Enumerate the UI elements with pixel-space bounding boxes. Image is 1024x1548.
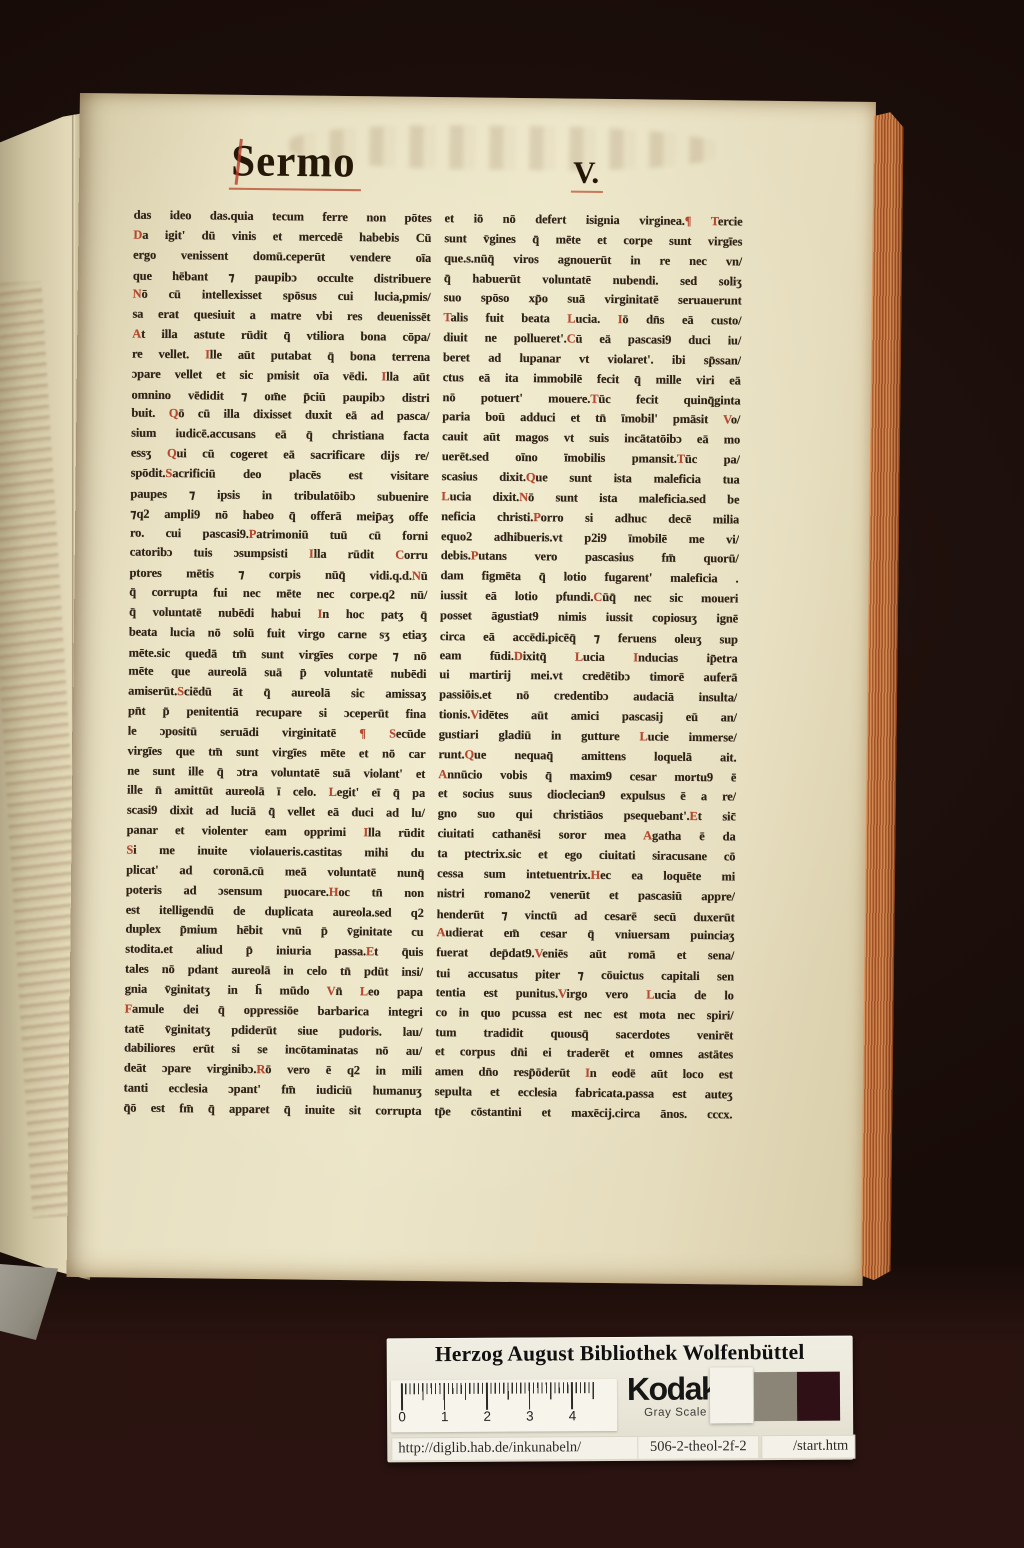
rubricated-initial: I (317, 607, 322, 621)
rubricated-initial: Q (526, 470, 536, 484)
rubricated-initial: ¶ T (685, 214, 718, 228)
rubricated-initial: A (438, 767, 447, 781)
kodak-logo: Kodak (627, 1370, 718, 1408)
rubricated-initial: I (309, 547, 314, 561)
rubricated-initial: P (249, 526, 257, 540)
ruler-number: 1 (437, 1409, 453, 1424)
rubricated-initial: Q (167, 446, 177, 460)
rubricated-initial: L (441, 489, 449, 503)
rubricated-initial: L (567, 312, 575, 326)
rubricated-initial: T (443, 310, 450, 324)
grayscale-patch-dark (797, 1372, 840, 1421)
rubricated-initial: A (436, 925, 445, 939)
rubricated-initial: V (327, 984, 336, 998)
ruler-major-tick (401, 1383, 403, 1410)
rubricated-initial: H (329, 885, 339, 899)
gray-scale-label: Gray Scale (644, 1406, 707, 1418)
text-column-right: et iō nō defert isignia virginea.¶ Terci… (434, 211, 742, 1127)
library-name: Herzog August Bibliothek Wolfenbüttel (387, 1340, 853, 1368)
ruler-major-tick (529, 1383, 531, 1410)
rubricated-initial: V (723, 413, 731, 427)
rubricated-initial: L (575, 649, 583, 663)
library-url: http://diglib.hab.de/inkunabeln/ (391, 1436, 639, 1462)
rubricated-initial: T (677, 452, 685, 466)
page-surface: Sermo V. das ideo das.quia tecum ferre n… (67, 93, 876, 1286)
grayscale-patch-gray (754, 1372, 797, 1421)
text-line: tp̄e cōstantini et maxēcij.circa ānos. c… (434, 1104, 732, 1127)
ruler-major-tick (571, 1382, 573, 1409)
grayscale-patch-white (710, 1367, 753, 1423)
ruler-medium-ticks (401, 1382, 597, 1400)
rubricated-initial: D (133, 227, 142, 241)
rubricated-initial: S (126, 843, 133, 857)
rubricated-initial: L (639, 729, 647, 743)
book-page: Sermo V. das ideo das.quia tecum ferre n… (67, 93, 910, 1286)
running-header: Sermo V. (79, 93, 876, 222)
rubricated-initial: L (329, 785, 337, 799)
rubricated-initial: E (366, 945, 374, 959)
rubricated-initial: P (533, 510, 541, 524)
start-page-path: /start.htm (761, 1435, 855, 1460)
rubricated-initial: V (470, 708, 479, 722)
rubricated-initial: P (471, 549, 479, 563)
rubricated-initial: H (590, 868, 600, 882)
rubricated-initial: A (643, 829, 652, 843)
rubricated-initial: I (205, 347, 210, 361)
ruler-number: 4 (564, 1408, 580, 1423)
rubricated-initial: A (132, 327, 141, 341)
rubricated-initial: I (633, 650, 638, 664)
rubricated-initial: L (646, 987, 654, 1001)
rubricated-initial: I (618, 312, 623, 326)
ruler-number: 2 (479, 1409, 495, 1424)
rubricated-initial: S (165, 466, 172, 480)
rubricated-initial: C (395, 548, 404, 562)
rubricated-initial: N (133, 287, 142, 301)
folio-number: V. (571, 155, 604, 193)
rubricated-initial: Q (169, 406, 179, 420)
text-line: q̄ō est fm̄ q̄ apparet q̄ inuite sit cor… (123, 1101, 421, 1124)
rubricated-initial: N (519, 490, 528, 504)
rubricated-initial: Q (464, 747, 474, 761)
rubricated-initial: I (585, 1066, 590, 1080)
rubricated-initial: C (567, 332, 576, 346)
rubricated-initial: T (590, 391, 598, 405)
rubricated-initial: R (256, 1062, 265, 1076)
rubricated-initial: V (558, 986, 567, 1000)
calibration-card: Herzog August Bibliothek Wolfenbüttel 01… (387, 1336, 854, 1463)
rubricated-initial: V (534, 946, 542, 960)
text-column-left: das ideo das.quia tecum ferre non pōtesD… (123, 208, 431, 1124)
ruler-major-tick (486, 1383, 488, 1410)
rubricated-initial: F (125, 1001, 133, 1015)
page-title: Sermo (229, 136, 362, 192)
rubricated-initial: C (593, 590, 602, 604)
rubricated-initial: S (177, 684, 184, 698)
ruler-number: 3 (522, 1409, 538, 1424)
ruler-number: 0 (394, 1409, 410, 1424)
rubricated-initial: ¶ S (359, 726, 396, 740)
rubricated-initial: I (363, 825, 368, 839)
rubricated-initial: D (514, 649, 523, 663)
ruler-major-tick (443, 1383, 445, 1410)
rubricated-initial: N (412, 569, 421, 583)
rubricated-initial: E (690, 809, 698, 823)
rubricated-initial: L (360, 984, 368, 998)
photo-stage: Sermo V. das ideo das.quia tecum ferre n… (0, 0, 1024, 1548)
rubricated-initial: I (381, 369, 386, 383)
shelfmark: 506-2-theol-2f-2 (637, 1435, 759, 1460)
ruler: 01234 (391, 1379, 617, 1432)
